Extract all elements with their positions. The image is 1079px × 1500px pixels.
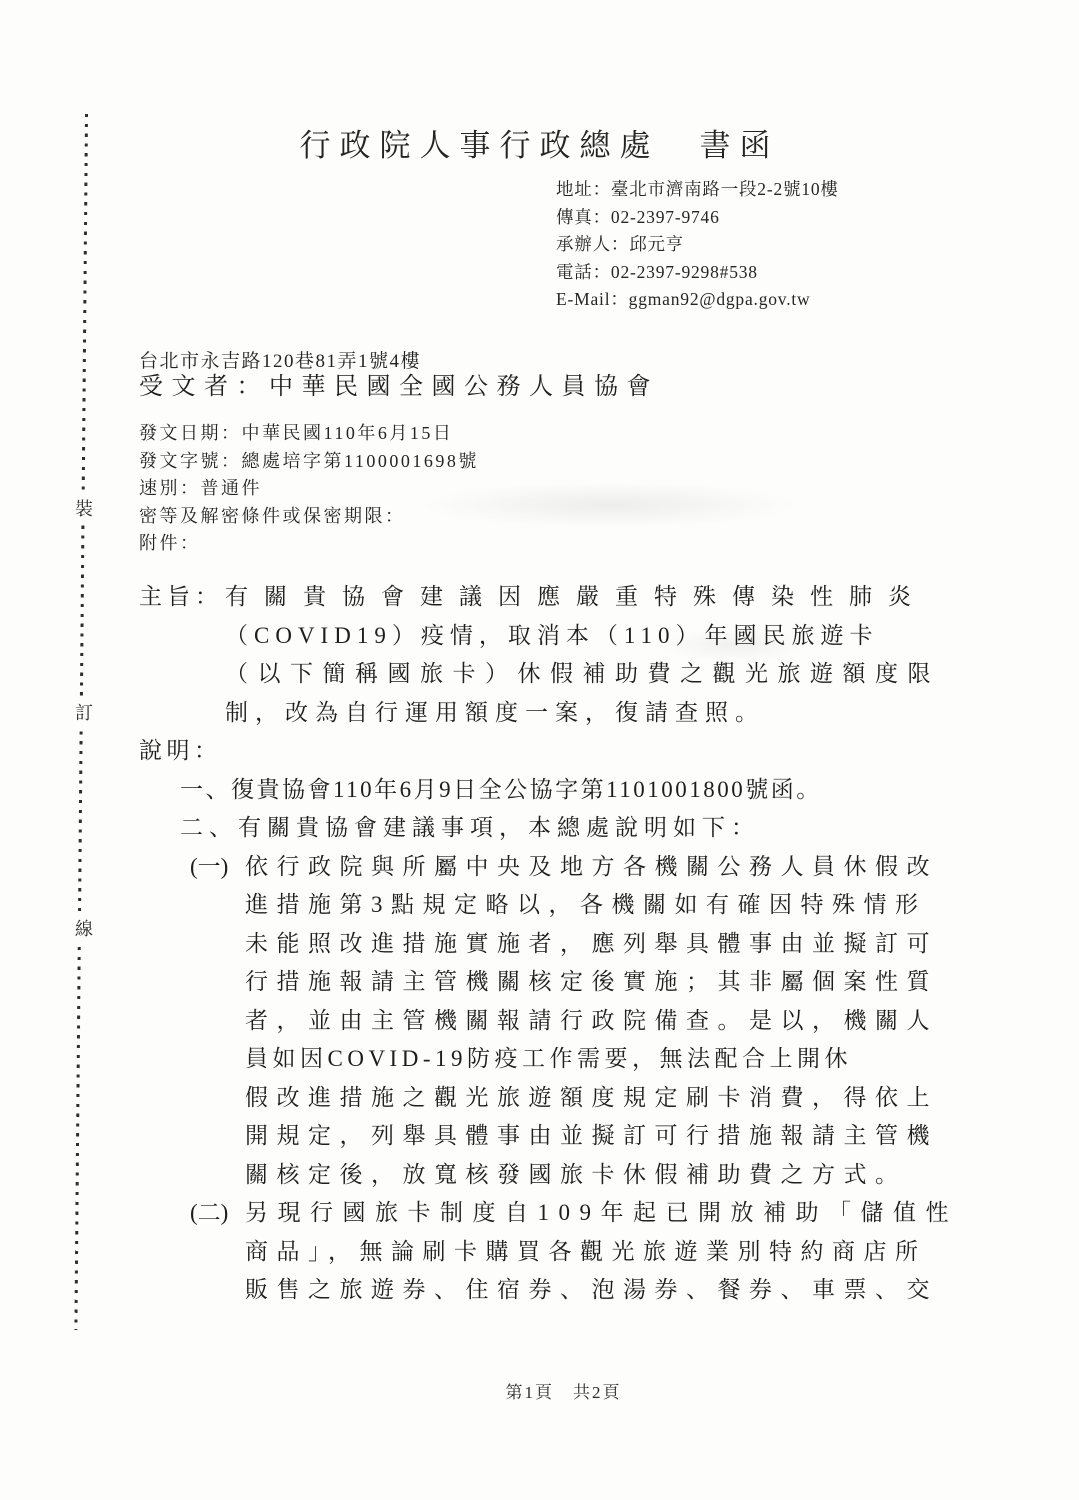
explanation-subitem-1-line: 未能照改進措施實施者，應列舉具體事由並擬訂可 [245,925,969,964]
explanation-item-2: 二、有關貴協會建議事項，本總處說明如下： [180,809,969,848]
margin-label-staple: 訂 [69,696,99,728]
subitem-1-label: (一) [190,848,245,887]
sender-phone: 電話：02-2397-9298#538 [556,259,839,287]
explanation-subitem-2-line: (二)另現行國旅卡制度自109年起已開放補助「儲值性 [190,1194,969,1233]
sender-email: E-Mail：ggman92@dgpa.gov.tw [556,286,839,314]
meta-security: 密等及解密條件或保密期限： [139,503,479,531]
explanation-subitem-1-line: 開規定，列舉具體事由並擬訂可行措施報請主管機 [245,1117,969,1156]
margin-label-binding: 裝 [69,492,99,524]
explanation-subitem-1-line: 進措施第3點規定略以，各機關如有確因特殊情形 [245,886,969,925]
meta-priority: 速別：普通件 [139,475,479,503]
meta-doc-number: 發文字號：總處培字第1100001698號 [139,448,479,476]
recipient-line: 受文者：中華民國全國公務人員協會 [139,366,659,401]
explanation-subitem-1-line: 假改進措施之觀光旅遊額度規定刷卡消費，得依上 [245,1079,969,1118]
document-page: 裝 訂 線 行政院人事行政總處 書函 地址：臺北市濟南路一段2-2號10樓 傳真… [0,0,1079,1500]
sender-address: 地址：臺北市濟南路一段2-2號10樓 [556,176,839,204]
explanation-subitem-1-line: 者，並由主管機關報請行政院備查。是以，機關人 [245,1002,969,1041]
sender-fax: 傳真：02-2397-9746 [556,204,839,232]
explanation-subitem-1-line: (一)依行政院與所屬中央及地方各機關公務人員休假改 [190,848,969,887]
explanation-subitem-2-line: 商品」，無論刷卡購買各觀光旅遊業別特約商店所 [245,1233,969,1272]
meta-issue-date: 發文日期：中華民國110年6月15日 [139,420,479,448]
page-number-footer: 第1頁 共2頁 [24,1378,1079,1403]
document-title: 行政院人事行政總處 書函 [0,120,1079,165]
subject-line: 主旨：有關貴協會建議因應嚴重特殊傳染性肺炎 [139,578,969,617]
subject-line: （以下簡稱國旅卡）休假補助費之觀光旅遊額度限 [225,655,969,694]
subitem-2-label: (二) [190,1194,245,1233]
sender-contact-person: 承辦人：邱元亨 [556,231,839,259]
explanation-label: 說明： [139,732,969,771]
explanation-subitem-1-line: 關核定後，放寬核發國旅卡休假補助費之方式。 [245,1156,969,1195]
explanation-subitem-1-line: 員如因COVID-19防疫工作需要，無法配合上開休 [245,1040,969,1079]
explanation-subitem-1-line: 行措施報請主管機關核定後實施；其非屬個案性質 [245,963,969,1002]
document-body: 主旨：有關貴協會建議因應嚴重特殊傳染性肺炎 （COVID19）疫情，取消本（11… [139,578,969,1310]
sender-info-block: 地址：臺北市濟南路一段2-2號10樓 傳真：02-2397-9746 承辦人：邱… [556,176,839,314]
explanation-subitem-2-line: 販售之旅遊券、住宿券、泡湯券、餐券、車票、交 [245,1271,969,1310]
subject-line: （COVID19）疫情，取消本（110）年國民旅遊卡 [225,617,969,656]
subject-label: 主旨： [139,578,225,617]
meta-attachment: 附件： [139,530,479,558]
subject-line: 制，改為自行運用額度一案，復請查照。 [225,694,969,733]
document-meta-block: 發文日期：中華民國110年6月15日 發文字號：總處培字第1100001698號… [139,420,479,558]
explanation-item-1: 一、復貴協會110年6月9日全公協字第1101001800號函。 [180,771,969,810]
margin-label-line: 線 [69,912,99,944]
